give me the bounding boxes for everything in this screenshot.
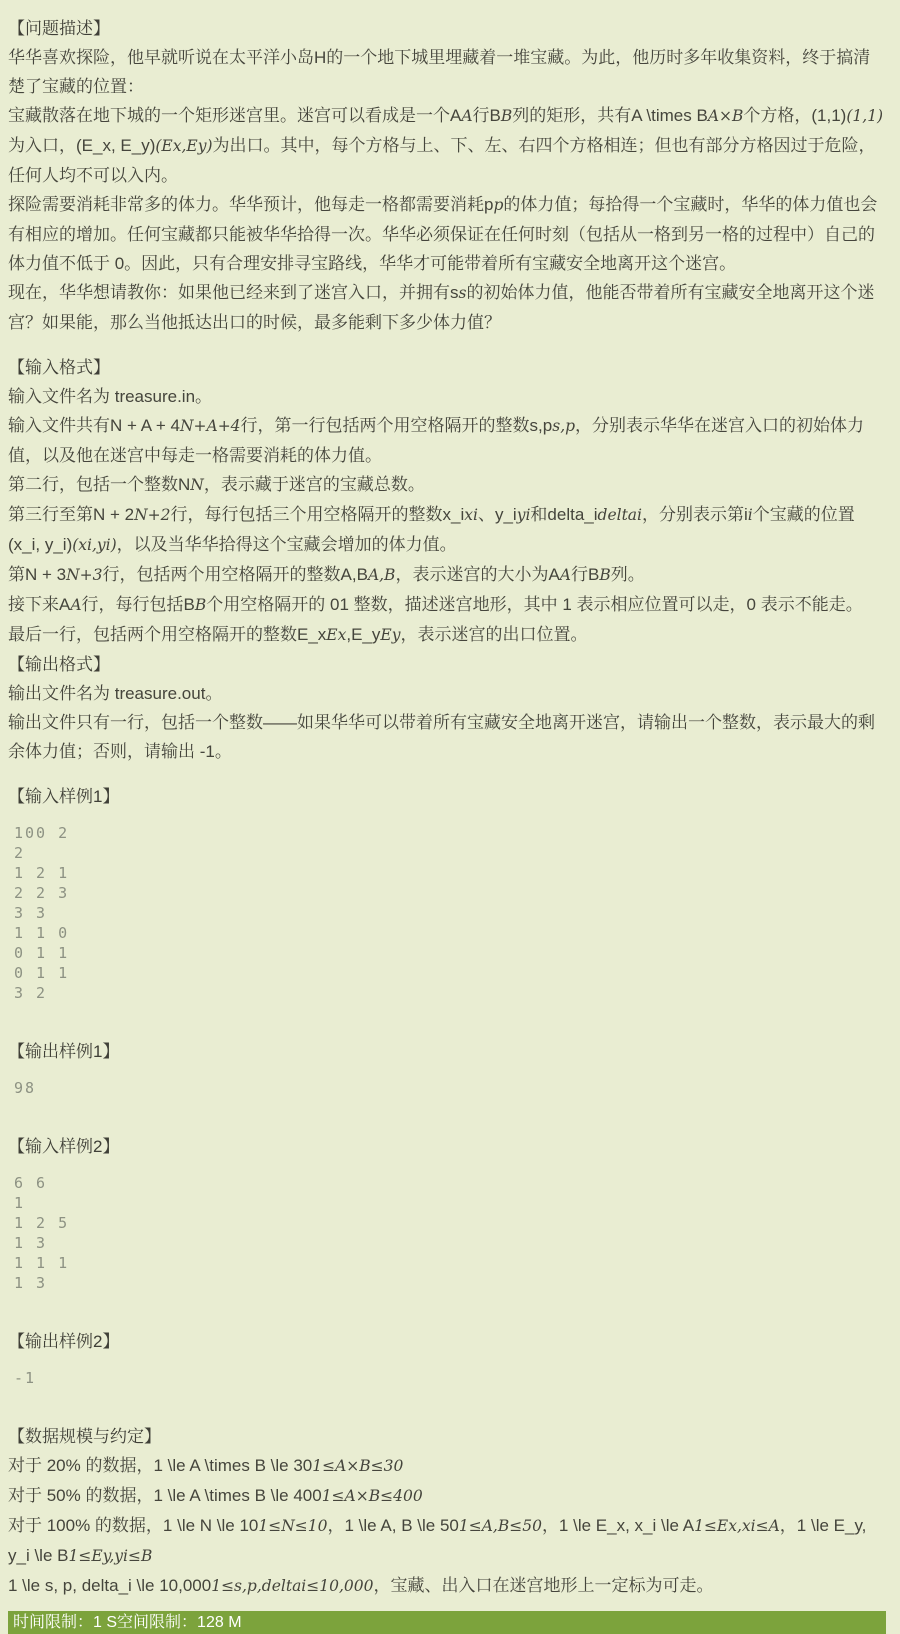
inline-math: N+A+4 xyxy=(180,417,241,435)
document-body: 【问题描述】华华喜欢探险，他早就听说在太平洋小岛H的一个地下城里埋藏着一堆宝藏。… xyxy=(8,14,886,1601)
inline-math: 1≤Ex,xi≤A xyxy=(694,1517,780,1535)
time-limit-value: 1 S xyxy=(93,1614,117,1631)
paragraph: 对于 20% 的数据，1 \le A \times B \le 301≤A×B≤… xyxy=(8,1451,886,1481)
paragraph: 第三行至第N + 2N+2行，每行包括三个用空格隔开的整数x_ixi、y_iyi… xyxy=(8,500,886,560)
time-limit-label: 时间限制： xyxy=(13,1614,93,1631)
sample-input-1-heading: 【输入样例1】 xyxy=(8,782,886,811)
paragraph: 输出文件只有一行，包括一个整数——如果华华可以带着所有宝藏安全地离开迷宫，请输出… xyxy=(8,708,886,766)
text-run: 行B xyxy=(571,565,599,584)
inline-math: 1≤s,p,deltai≤10,000 xyxy=(211,1577,373,1595)
inline-math: B xyxy=(599,566,610,584)
inline-math: p xyxy=(493,196,503,214)
input-format-heading: 【输入格式】 xyxy=(8,353,886,382)
text-run: ，表示迷宫的大小为A xyxy=(395,565,559,584)
text-run: 输入文件名为 treasure.in。 xyxy=(8,387,212,406)
inline-math: 1≤A×B≤400 xyxy=(322,1487,423,1505)
text-run: 列的矩形，共有A \times B xyxy=(512,106,708,125)
text-run: ，1 \le E_x, x_i \le A xyxy=(542,1516,694,1535)
inline-math: A,B xyxy=(368,566,396,584)
limits-bar: 时间限制：1 S空间限制：128 M xyxy=(8,1611,886,1634)
inline-math: (xi,yi) xyxy=(72,536,116,554)
text-run: 1 \le s, p, delta_i \le 10,000 xyxy=(8,1576,211,1595)
text-run: 个用空格隔开的 01 整数，描述迷宫地形，其中 1 表示相应位置可以走，0 表示… xyxy=(206,595,862,614)
inline-math: s,p xyxy=(552,417,575,435)
text-run: 输入文件共有N + A + 4 xyxy=(8,416,180,435)
text-run: 输出文件只有一行，包括一个整数——如果华华可以带着所有宝藏安全地离开迷宫，请输出… xyxy=(8,713,875,761)
text-run: ，宝藏、出入口在迷宫地形上一定标为可走。 xyxy=(373,1576,713,1595)
inline-math: B xyxy=(501,107,512,125)
inline-math: xi xyxy=(464,506,478,524)
inline-math: N xyxy=(190,476,204,494)
text-run: ，表示迷宫的出口位置。 xyxy=(400,625,587,644)
sample-output-2-code: -1 xyxy=(8,1368,886,1388)
sample-output-1-heading: 【输出样例1】 xyxy=(8,1037,886,1066)
paragraph: 输入文件共有N + A + 4N+A+4行，第一行包括两个用空格隔开的整数s,p… xyxy=(8,411,886,470)
paragraph: 对于 50% 的数据，1 \le A \times B \le 4001≤A×B… xyxy=(8,1481,886,1511)
inline-math: Ex xyxy=(326,626,346,644)
inline-math: A xyxy=(560,566,571,584)
text-run: 接下来A xyxy=(8,595,70,614)
text-run: ，以及当华华拾得这个宝藏会增加的体力值。 xyxy=(117,535,457,554)
output-format-heading: 【输出格式】 xyxy=(8,650,886,679)
sample-input-2-heading: 【输入样例2】 xyxy=(8,1132,886,1161)
text-run: 第N + 3 xyxy=(8,565,66,584)
page: { "colors": { "background": "#e9edd2", "… xyxy=(0,0,900,1634)
inline-math: (1,1) xyxy=(846,107,883,125)
inline-math: 1≤Ey,yi≤B xyxy=(68,1547,152,1565)
text-run: ，分别表示第i xyxy=(642,505,748,524)
sample-input-2-code: 6 6 1 1 2 5 1 3 1 1 1 1 3 xyxy=(8,1173,886,1293)
text-run: 行，第一行包括两个用空格隔开的整数s,p xyxy=(241,416,553,435)
paragraph: 最后一行，包括两个用空格隔开的整数E_xEx,E_yEy，表示迷宫的出口位置。 xyxy=(8,620,886,650)
paragraph: 1 \le s, p, delta_i \le 10,0001≤s,p,delt… xyxy=(8,1571,886,1601)
text-run: 第二行，包括一个整数N xyxy=(8,475,190,494)
space-limit-label: 空间限制： xyxy=(117,1614,197,1631)
text-run: 对于 50% 的数据，1 \le A \times B \le 400 xyxy=(8,1486,322,1505)
inline-math: 1≤A×B≤30 xyxy=(312,1457,403,1475)
text-run: 行，每行包括B xyxy=(82,595,195,614)
inline-math: B xyxy=(195,596,206,614)
paragraph: 第二行，包括一个整数NN，表示藏于迷宫的宝藏总数。 xyxy=(8,470,886,500)
text-run: 、y_i xyxy=(478,505,517,524)
sample-input-1-code: 100 2 2 1 2 1 2 2 3 3 3 1 1 0 0 1 1 0 1 … xyxy=(8,823,886,1003)
text-run: ，1 \le A, B \le 50 xyxy=(328,1516,459,1535)
text-run: 为入口，(E_x, E_y) xyxy=(8,136,155,155)
inline-math: N+3 xyxy=(66,566,102,584)
inline-math: yi xyxy=(517,506,531,524)
text-run: 行，每行包括三个用空格隔开的整数x_i xyxy=(171,505,465,524)
paragraph: 探险需要消耗非常多的体力。华华预计，他每走一格都需要消耗pp的体力值；每拾得一个… xyxy=(8,190,886,278)
text-run: 和delta_i xyxy=(530,505,597,524)
data-constraints-heading: 【数据规模与约定】 xyxy=(8,1422,886,1451)
text-run: 列。 xyxy=(611,565,645,584)
text-run: 最后一行，包括两个用空格隔开的整数E_x xyxy=(8,625,326,644)
text-run: 宝藏散落在地下城的一个矩形迷宫里。迷宫可以看成是一个A xyxy=(8,106,461,125)
problem-description-heading: 【问题描述】 xyxy=(8,14,886,43)
space-limit-value: 128 M xyxy=(197,1614,241,1631)
inline-math: 1≤A,B≤50 xyxy=(459,1517,542,1535)
paragraph: 第N + 3N+3行，包括两个用空格隔开的整数A,BA,B，表示迷宫的大小为AA… xyxy=(8,560,886,590)
inline-math: A×B xyxy=(708,107,744,125)
inline-math: (Ex,Ey) xyxy=(155,137,212,155)
inline-math: deltai xyxy=(598,506,642,524)
text-run: 个方格，(1,1) xyxy=(743,106,846,125)
inline-math: N+2 xyxy=(134,506,170,524)
paragraph: 现在，华华想请教你：如果他已经来到了迷宫入口，并拥有ss的初始体力值，他能否带着… xyxy=(8,278,886,337)
sample-output-2-heading: 【输出样例2】 xyxy=(8,1327,886,1356)
paragraph: 输入文件名为 treasure.in。 xyxy=(8,382,886,411)
text-run: 输出文件名为 treasure.out。 xyxy=(8,684,222,703)
text-run: 行，包括两个用空格隔开的整数A,B xyxy=(103,565,368,584)
sample-output-1-code: 98 xyxy=(8,1078,886,1098)
text-run: 探险需要消耗非常多的体力。华华预计，他每走一格都需要消耗p xyxy=(8,195,493,214)
text-run: 对于 100% 的数据，1 \le N \le 10 xyxy=(8,1516,258,1535)
paragraph: 宝藏散落在地下城的一个矩形迷宫里。迷宫可以看成是一个AA行BB列的矩形，共有A … xyxy=(8,101,886,190)
text-run: ，表示藏于迷宫的宝藏总数。 xyxy=(204,475,425,494)
paragraph: 对于 100% 的数据，1 \le N \le 101≤N≤10，1 \le A… xyxy=(8,1511,886,1571)
inline-math: A xyxy=(70,596,81,614)
text-run: 行B xyxy=(473,106,501,125)
text-run: 对于 20% 的数据，1 \le A \times B \le 30 xyxy=(8,1456,312,1475)
inline-math: Ey xyxy=(380,626,400,644)
paragraph: 接下来AA行，每行包括BB个用空格隔开的 01 整数，描述迷宫地形，其中 1 表… xyxy=(8,590,886,620)
text-run: 现在，华华想请教你：如果他已经来到了迷宫入口，并拥有s xyxy=(8,283,459,302)
paragraph: 输出文件名为 treasure.out。 xyxy=(8,679,886,708)
paragraph: 华华喜欢探险，他早就听说在太平洋小岛H的一个地下城里埋藏着一堆宝藏。为此，他历时… xyxy=(8,43,886,101)
inline-math: 1≤N≤10 xyxy=(258,1517,327,1535)
text-run: 第三行至第N + 2 xyxy=(8,505,134,524)
text-run: 华华喜欢探险，他早就听说在太平洋小岛H的一个地下城里埋藏着一堆宝藏。为此，他历时… xyxy=(8,48,870,96)
text-run: ,E_y xyxy=(346,625,380,644)
inline-math: A xyxy=(461,107,472,125)
